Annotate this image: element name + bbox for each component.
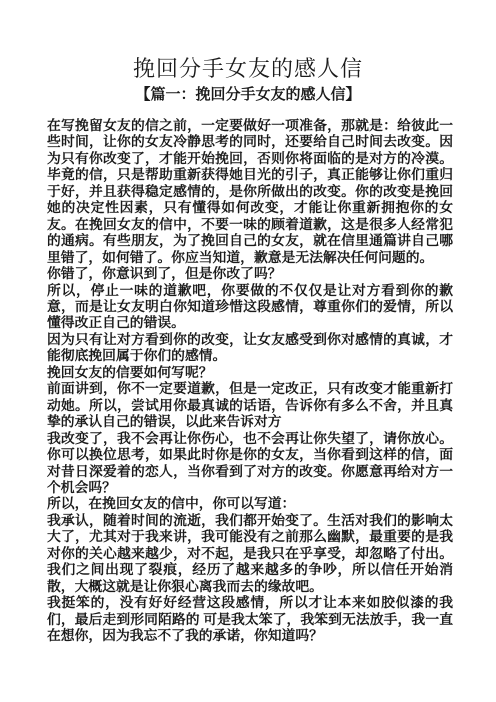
body-paragraph: 我挺笨的，没有好好经营这段感情，所以才让本来如胶似漆的我们，最后走到形同陌路的 … xyxy=(47,595,453,644)
body-paragraph: 我承认，随着时间的流逝，我们都开始变了。生活对我们的影响太大了，尤其对于我来讲，… xyxy=(47,513,453,595)
document-body: 在写挽留女友的信之前，一定要做好一项准备，那就是：给彼此一些时间，让你的女友冷静… xyxy=(47,118,453,645)
body-paragraph: 我改变了，我不会再让你伤心，也不会再让你失望了，请你放心。你可以换位思考，如果此… xyxy=(47,431,453,497)
body-paragraph: 在写挽留女友的信之前，一定要做好一项准备，那就是：给彼此一些时间，让你的女友冷静… xyxy=(47,118,453,266)
body-paragraph: 因为只有让对方看到你的改变，让女友感受到你对感情的真诚，才能彻底挽回属于你们的感… xyxy=(47,332,453,365)
body-paragraph: 前面讲到，你不一定要道歉，但是一定改正，只有改变才能重新打动她。所以，尝试用你最… xyxy=(47,381,453,430)
body-paragraph: 挽回女友的信要如何写呢？ xyxy=(47,365,453,381)
page-subtitle: 【篇一：挽回分手女友的感人信】 xyxy=(0,85,496,106)
page-title: 挽回分手女友的感人信 xyxy=(0,53,496,85)
body-paragraph: 你错了，你意识到了，但是你改了吗？ xyxy=(47,266,453,282)
document-page: 挽回分手女友的感人信 【篇一：挽回分手女友的感人信】 在写挽留女友的信之前，一定… xyxy=(0,0,496,702)
body-paragraph: 所以，停止一味的道歉吧，你要做的不仅仅是让对方看到你的歉意，而是让女友明白你知道… xyxy=(47,283,453,332)
body-paragraph: 所以，在挽回女友的信中，你可以写道： xyxy=(47,496,453,512)
